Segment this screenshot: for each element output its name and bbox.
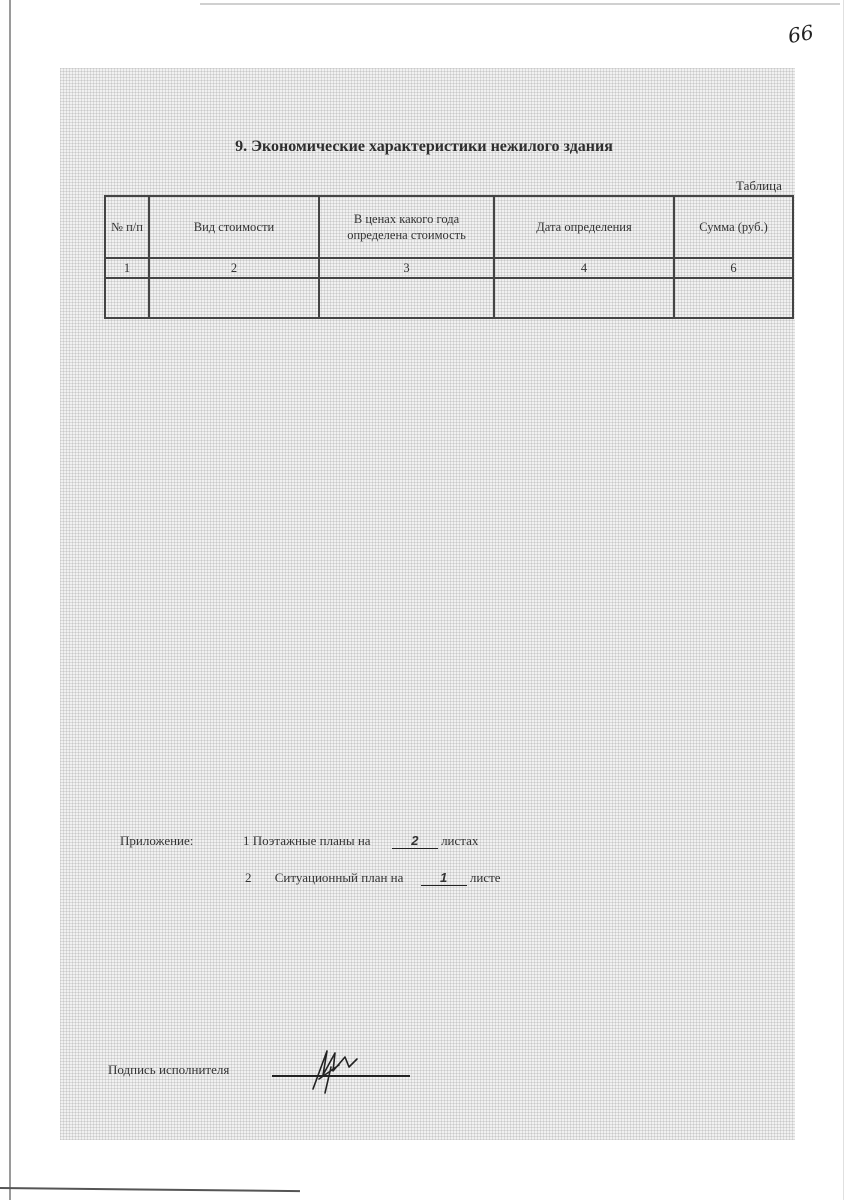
header-determination-date: Дата определения — [494, 196, 674, 258]
header-cost-type: Вид стоимости — [149, 196, 319, 258]
table-cell — [319, 278, 494, 318]
appendix-item-sheet-count: 1 — [421, 870, 467, 886]
table-cell — [674, 278, 793, 318]
appendix-item-sheet-count: 2 — [392, 833, 438, 849]
scan-top-edge — [200, 3, 840, 5]
scan-right-edge — [843, 0, 844, 1200]
scan-left-edge — [9, 0, 11, 1200]
economic-characteristics-table: № п/п Вид стоимости В ценах какого года … — [104, 195, 794, 319]
table-row — [105, 278, 793, 318]
column-number-row: 1 2 3 4 6 — [105, 258, 793, 278]
column-number: 4 — [494, 258, 674, 278]
header-amount: Сумма (руб.) — [674, 196, 793, 258]
column-number: 6 — [674, 258, 793, 278]
appendix-label: Приложение: — [120, 833, 193, 849]
column-number: 1 — [105, 258, 149, 278]
table-cell — [105, 278, 149, 318]
appendix-item-1: 1 Поэтажные планы на 2 листах — [243, 833, 478, 849]
section-title: 9. Экономические характеристики нежилого… — [0, 138, 848, 156]
column-number: 2 — [149, 258, 319, 278]
appendix-item-number: 2 — [245, 870, 252, 885]
signature-label: Подпись исполнителя — [108, 1062, 229, 1078]
header-price-year: В ценах какого года определена стоимость — [319, 196, 494, 258]
table-caption: Таблица — [736, 178, 782, 194]
appendix-item-suffix: листах — [441, 833, 478, 848]
appendix-item-number: 1 — [243, 833, 250, 848]
appendix-item-text: Поэтажные планы на — [253, 833, 371, 848]
appendix-item-text: Ситуационный план на — [275, 870, 404, 885]
appendix-item-2: 2 Ситуационный план на 1 листе — [245, 870, 501, 886]
column-number: 3 — [319, 258, 494, 278]
appendix-item-suffix: листе — [470, 870, 501, 885]
handwritten-signature-icon — [305, 1045, 365, 1095]
header-number: № п/п — [105, 196, 149, 258]
table-cell — [494, 278, 674, 318]
scan-bottom-edge — [0, 1187, 300, 1192]
table-cell — [149, 278, 319, 318]
handwritten-page-number: 66 — [786, 20, 815, 48]
table-header-row: № п/п Вид стоимости В ценах какого года … — [105, 196, 793, 258]
